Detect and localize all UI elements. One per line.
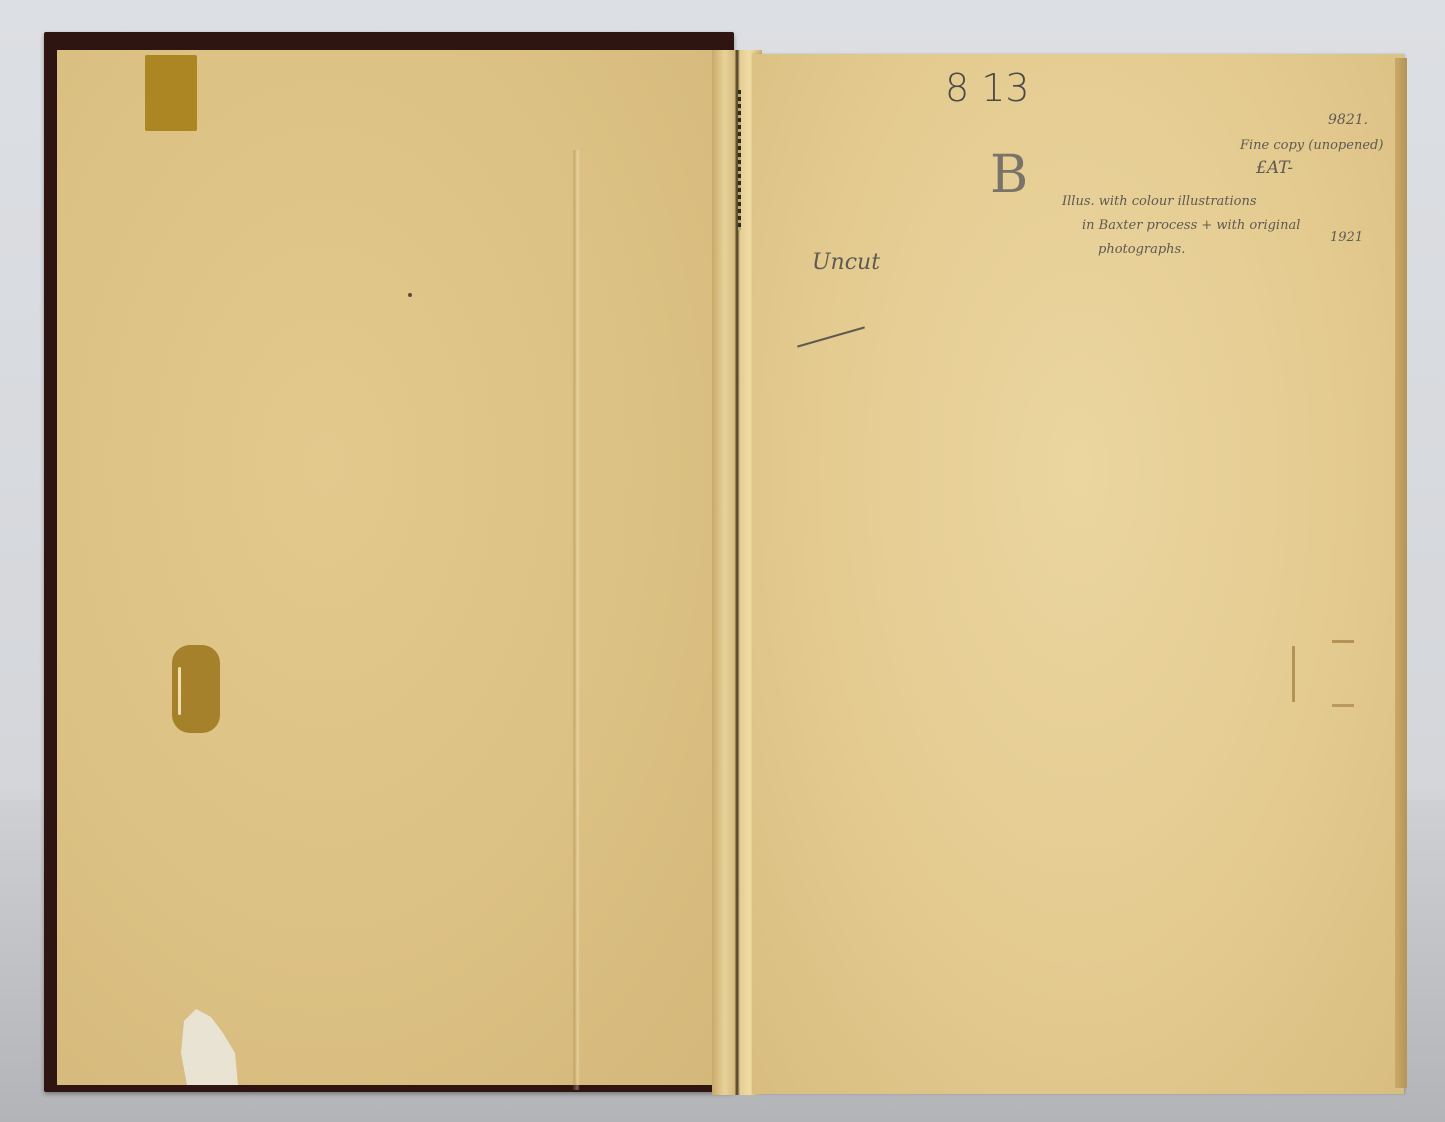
description-note-line1: Illus. with colour illustrations (1062, 194, 1257, 209)
tape-residue-top (145, 55, 197, 131)
description-note-line2: in Baxter process + with original (1082, 218, 1300, 233)
price-code-note: 9821. (1328, 112, 1368, 128)
binding-stitches (738, 90, 741, 230)
dealer-code-note: £AT- (1256, 158, 1293, 178)
right-endpaper-page (752, 54, 1404, 1094)
condition-note: Fine copy (unopened) (1240, 138, 1383, 153)
tape-residue-middle (172, 645, 220, 733)
page-edge (1395, 58, 1407, 1088)
grade-letter-note: B (990, 145, 1028, 205)
paper-speck (408, 293, 412, 297)
left-pastedown-page (57, 50, 727, 1085)
paper-crease (572, 150, 580, 1090)
uncut-note: Uncut (812, 250, 880, 275)
shelf-number-note: 8 13 (945, 66, 1030, 110)
description-note-line3: photographs. (1098, 242, 1185, 257)
year-note: 1921 (1330, 230, 1363, 245)
tape-bracket-mark (1292, 640, 1354, 710)
